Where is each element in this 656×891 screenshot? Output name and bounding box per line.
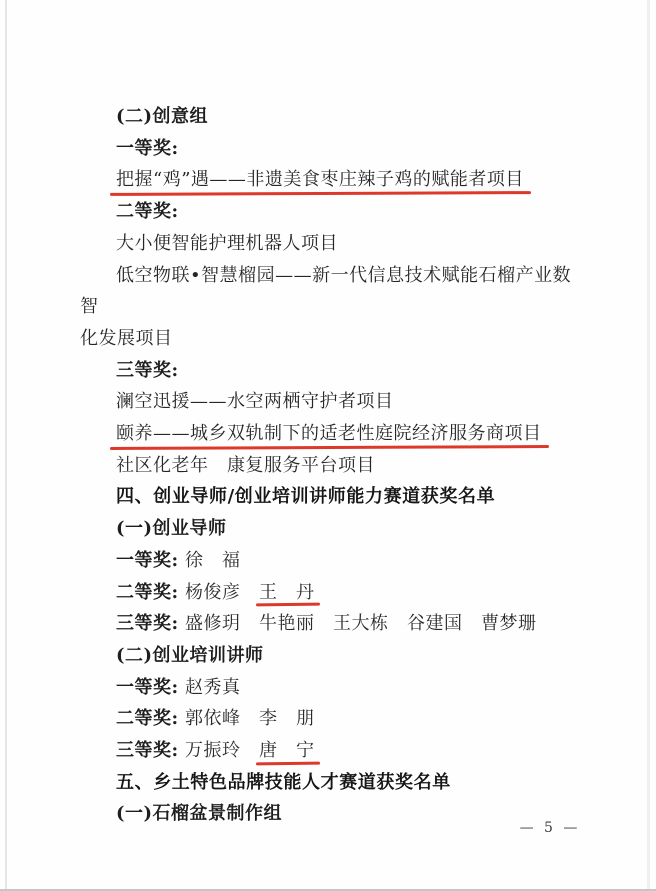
prize-label: 三等奖: <box>116 613 179 634</box>
winner-names: 万振玲 <box>185 740 259 761</box>
winner-names: 盛修玥 牛艳丽 王大栋 谷建国 曹梦珊 <box>185 613 537 634</box>
track5-heading: 五、乡土特色品牌技能人才赛道获奖名单 <box>80 767 580 799</box>
prize-label: 一等奖: <box>116 677 179 698</box>
track4-heading: 四、创业导师/创业培训讲师能力赛道获奖名单 <box>80 481 580 513</box>
winner-name-underlined: 唐 宁 <box>259 740 315 761</box>
mentor-second-prize-row: 二等奖:杨俊彦 王 丹 <box>80 577 580 609</box>
creative-third-prize-project-1: 澜空迅援——水空两栖守护者项目 <box>80 386 580 418</box>
page-number: — 5 — <box>505 820 595 836</box>
mentor-third-prize-row: 三等奖:盛修玥 牛艳丽 王大栋 谷建国 曹梦珊 <box>80 608 580 640</box>
mentor-first-prize-row: 一等奖:徐 福 <box>80 545 580 577</box>
red-underline-annotation: 把握“鸡”遇——非遗美食枣庄辣子鸡的赋能者项目 <box>116 169 524 190</box>
creative-first-prize-project: 把握“鸡”遇——非遗美食枣庄辣子鸡的赋能者项目 <box>80 164 580 196</box>
trainer-second-prize-row: 二等奖:郭依峰 李 朋 <box>80 703 580 735</box>
trainer-third-prize-row: 三等奖:万振玲 唐 宁 <box>80 735 580 767</box>
trainer-group-heading: (二)创业培训讲师 <box>80 640 580 672</box>
trainer-first-prize-row: 一等奖:赵秀真 <box>80 672 580 704</box>
winner-names: 赵秀真 <box>185 677 241 698</box>
creative-third-prize-label: 三等奖: <box>80 355 580 387</box>
page-edge-right-shadow <box>647 0 650 891</box>
page-edge-left-shadow <box>5 0 7 891</box>
winner-names: 杨俊彦 <box>185 582 259 603</box>
winner-names: 徐 福 <box>185 550 241 571</box>
prize-label: 二等奖: <box>116 582 179 603</box>
creative-group-heading: (二)创意组 <box>80 101 580 133</box>
creative-second-prize-label: 二等奖: <box>80 196 580 228</box>
creative-third-prize-project-2: 颐养——城乡双轨制下的适老性庭院经济服务商项目 <box>80 418 580 450</box>
winner-name-underlined: 王 丹 <box>259 582 315 603</box>
red-underline-annotation: 颐养——城乡双轨制下的适老性庭院经济服务商项目 <box>116 423 542 444</box>
document-body: (二)创意组 一等奖: 把握“鸡”遇——非遗美食枣庄辣子鸡的赋能者项目 二等奖:… <box>80 101 580 830</box>
creative-second-prize-project-2: 低空物联•智慧榴园——新一代信息技术赋能石榴产业数智 化发展项目 <box>80 260 580 355</box>
creative-second-prize-project-1: 大小便智能护理机器人项目 <box>80 228 580 260</box>
prize-label: 三等奖: <box>116 740 179 761</box>
winner-names: 郭依峰 李 朋 <box>185 708 315 729</box>
creative-first-prize-label: 一等奖: <box>80 133 580 165</box>
prize-label: 二等奖: <box>116 708 179 729</box>
document-page: (二)创意组 一等奖: 把握“鸡”遇——非遗美食枣庄辣子鸡的赋能者项目 二等奖:… <box>0 0 656 891</box>
prize-label: 一等奖: <box>116 550 179 571</box>
creative-third-prize-project-3: 社区化老年 康复服务平台项目 <box>80 450 580 482</box>
mentor-group-heading: (一)创业导师 <box>80 513 580 545</box>
